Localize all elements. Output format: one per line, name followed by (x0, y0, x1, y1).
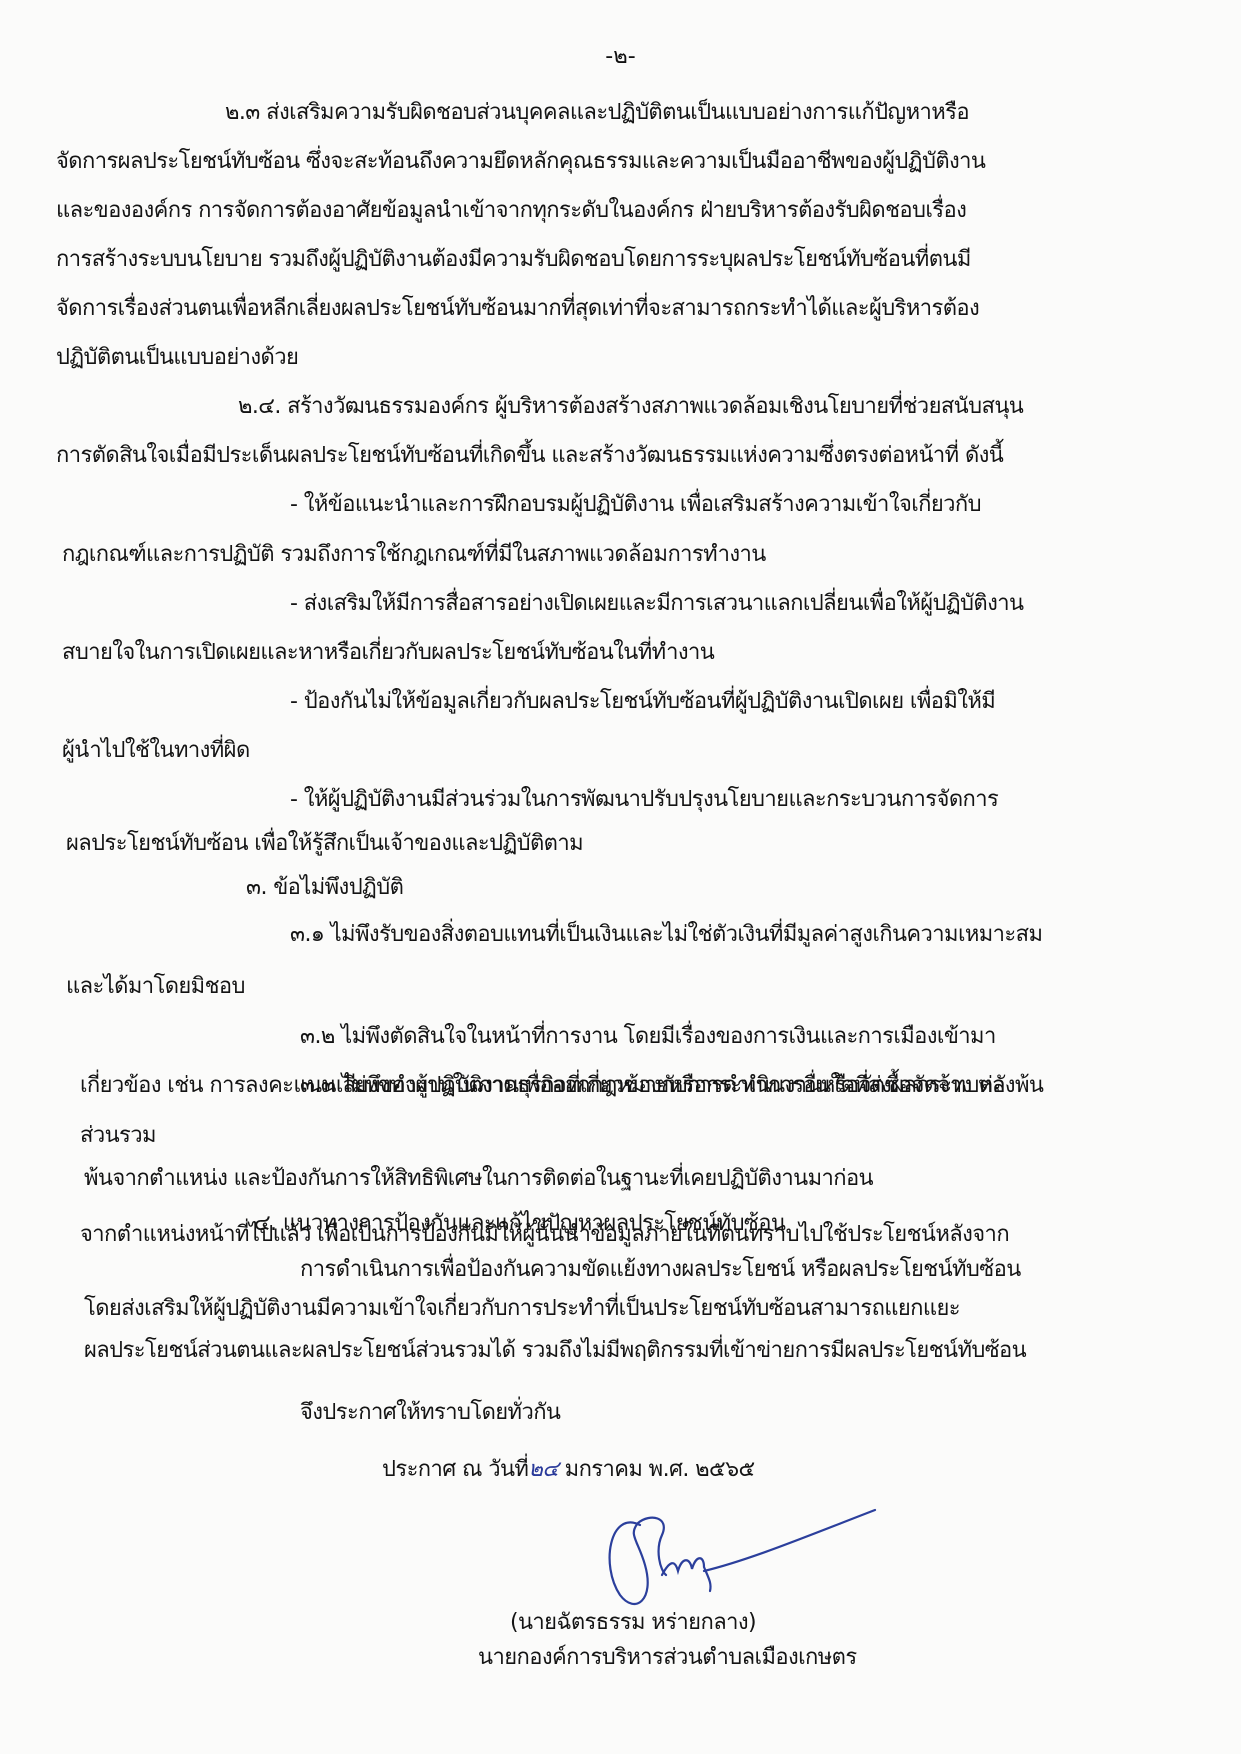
text-line: จัดการเรื่องส่วนตนเพื่อหลีกเลี่ยงผลประโย… (56, 294, 979, 324)
text-line: ผลประโยชน์ทับซ้อน เพื่อให้รู้สึกเป็นเจ้า… (66, 829, 583, 859)
text-line: ผลประโยชน์ส่วนตนและผลประโยชน์ส่วนรวมได้ … (84, 1336, 1026, 1366)
text-line: การดำเนินการเพื่อป้องกันความขัดแย้งทางผล… (300, 1255, 1021, 1285)
text-line: ๓.๑ ไม่พึงรับของสิ่งตอบแทนที่เป็นเงินและ… (290, 920, 1042, 950)
text-line: ส่วนรวม (80, 1121, 156, 1151)
announcement-date: ประกาศ ณ วันที่๒๔ มกราคม พ.ศ. ๒๕๖๕ (382, 1455, 755, 1485)
announcement-day: ๒๔ (528, 1457, 558, 1482)
text-line: การสร้างระบบนโยบาย รวมถึงผู้ปฏิบัติงานต้… (56, 245, 971, 275)
text-line: ๒.๓ ส่งเสริมความรับผิดชอบส่วนบุคคลและปฏิ… (225, 98, 969, 128)
document-page: -๒- ๒.๓ ส่งเสริมความรับผิดชอบส่วนบุคคลแล… (0, 0, 1241, 1754)
text-line: และได้มาโดยมิชอบ (66, 972, 245, 1002)
announcement-prefix: ประกาศ ณ วันที่ (382, 1457, 528, 1482)
text-line: ๓.๒ ไม่พึงตัดสินใจในหน้าที่การงาน โดยมีเ… (300, 1022, 996, 1052)
text-line: และขององค์กร การจัดการต้องอาศัยข้อมูลนำเ… (56, 196, 966, 226)
page-number: -๒- (0, 38, 1241, 73)
signatory-position: นายกองค์การบริหารส่วนตำบลเมืองเกษตร (478, 1643, 857, 1673)
signatory-name: (นายฉัตรธรรม หร่ายกลาง) (510, 1608, 756, 1638)
text-line: ๒.๔. สร้างวัฒนธรรมองค์กร ผู้บริหารต้องสร… (238, 392, 1023, 422)
text-line: ๓.๓ ไม่พึงทำงานในภาคธุรกิจที่เกี่ยวข้องก… (300, 1071, 1043, 1101)
text-line: พ้นจากตำแหน่ง และป้องกันการให้สิทธิพิเศษ… (84, 1164, 873, 1194)
text-line: ๔. แนวทางการป้องกันและแก้ไขปัญหาผลประโยช… (254, 1209, 785, 1239)
text-line: - ส่งเสริมให้มีการสื่อสารอย่างเปิดเผยและ… (290, 589, 1023, 619)
text-line: สบายใจในการเปิดเผยและหาหรือเกี่ยวกับผลปร… (62, 638, 714, 668)
text-line: - ให้ผู้ปฏิบัติงานมีส่วนร่วมในการพัฒนาปร… (290, 785, 998, 815)
signature-icon (600, 1505, 880, 1615)
text-line: กฎเกณฑ์และการปฏิบัติ รวมถึงการใช้กฎเกณฑ์… (62, 540, 766, 570)
text-line: - ให้ข้อแนะนำและการฝึกอบรมผู้ปฏิบัติงาน … (290, 490, 981, 520)
text-line: โดยส่งเสริมให้ผู้ปฏิบัติงานมีความเข้าใจเ… (84, 1294, 960, 1324)
text-line: จัดการผลประโยชน์ทับซ้อน ซึ่งจะสะท้อนถึงค… (56, 147, 985, 177)
text-line: จึงประกาศให้ทราบโดยทั่วกัน (300, 1398, 560, 1428)
text-line: ผู้นำไปใช้ในทางที่ผิด (62, 736, 250, 766)
text-line: ปฏิบัติตนเป็นแบบอย่างด้วย (56, 343, 298, 373)
text-line: - ป้องกันไม่ให้ข้อมูลเกี่ยวกับผลประโยชน์… (290, 687, 995, 717)
text-line: การตัดสินใจเมื่อมีประเด็นผลประโยชน์ทับซ้… (56, 441, 1003, 471)
text-line: ๓. ข้อไม่พึงปฏิบัติ (246, 873, 403, 903)
announcement-month-year: มกราคม พ.ศ. ๒๕๖๕ (558, 1457, 754, 1482)
